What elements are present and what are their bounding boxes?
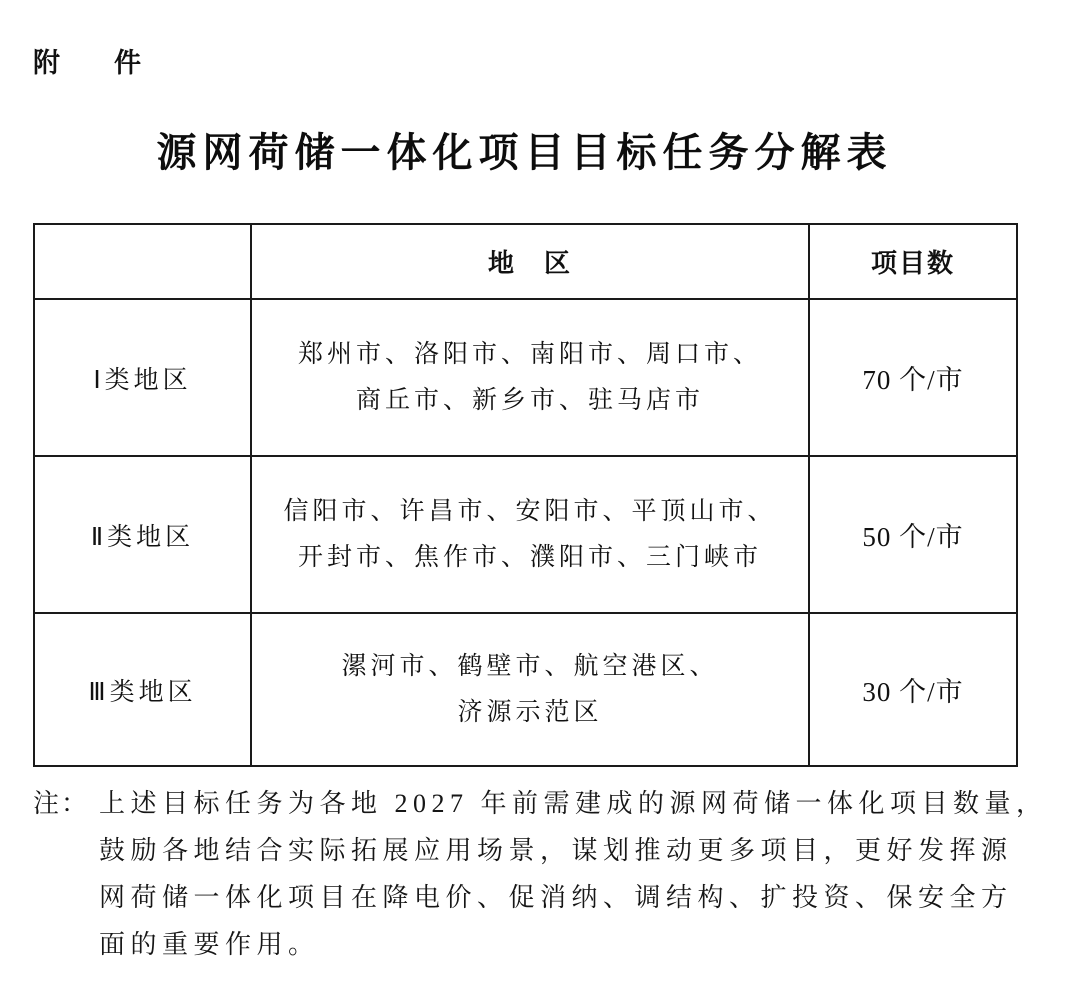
header-cell-project-count: 项目数 (809, 224, 1017, 299)
region-cell-class-1: 郑州市、洛阳市、南阳市、周口市、 商丘市、新乡市、驻马店市 (251, 299, 809, 456)
footnote-line: 面的重要作用。 (99, 921, 1048, 968)
footnote-line: 鼓励各地结合实际拓展应用场景，谋划推动更多项目，更好发挥源 (99, 827, 1048, 874)
region-line: 信阳市、许昌市、安阳市、平顶山市、 (252, 489, 808, 535)
document-content: 附 件 源网荷储一体化项目目标任务分解表 地 区 项目数 Ⅰ类地区 郑州市、洛阳… (33, 46, 1016, 968)
region-cell-class-2: 信阳市、许昌市、安阳市、平顶山市、 开封市、焦作市、濮阳市、三门峡市 (251, 456, 809, 613)
header-cell-region: 地 区 (251, 224, 809, 299)
footnote-lines: 上述目标任务为各地 2027 年前需建成的源网荷储一体化项目数量， 鼓励各地结合… (99, 780, 1048, 968)
page-title: 源网荷储一体化项目目标任务分解表 (33, 129, 1016, 177)
header-cell-category (34, 224, 251, 299)
region-line: 商丘市、新乡市、驻马店市 (252, 378, 808, 424)
category-cell-class-2: Ⅱ类地区 (34, 456, 251, 613)
footnote-line: 上述目标任务为各地 2027 年前需建成的源网荷储一体化项目数量， (99, 780, 1048, 827)
target-task-table: 地 区 项目数 Ⅰ类地区 郑州市、洛阳市、南阳市、周口市、 商丘市、新乡市、驻马… (33, 223, 1018, 767)
footnote-line: 网荷储一体化项目在降电价、促消纳、调结构、扩投资、保安全方 (99, 874, 1048, 921)
quota-cell-class-1: 70 个/市 (809, 299, 1017, 456)
region-cell-class-3: 漯河市、鹤壁市、航空港区、 济源示范区 (251, 613, 809, 766)
table-header-row: 地 区 项目数 (34, 224, 1017, 299)
footnote: 注： 上述目标任务为各地 2027 年前需建成的源网荷储一体化项目数量， 鼓励各… (33, 780, 1016, 968)
region-line: 郑州市、洛阳市、南阳市、周口市、 (252, 332, 808, 378)
attachment-label: 附 件 (33, 46, 1016, 80)
quota-cell-class-3: 30 个/市 (809, 613, 1017, 766)
quota-cell-class-2: 50 个/市 (809, 456, 1017, 613)
table-row-class-2: Ⅱ类地区 信阳市、许昌市、安阳市、平顶山市、 开封市、焦作市、濮阳市、三门峡市 … (34, 456, 1017, 613)
category-cell-class-1: Ⅰ类地区 (34, 299, 251, 456)
region-line: 济源示范区 (252, 690, 808, 736)
document-page: 附 件 源网荷储一体化项目目标任务分解表 地 区 项目数 Ⅰ类地区 郑州市、洛阳… (0, 0, 1069, 989)
table-row-class-3: Ⅲ类地区 漯河市、鹤壁市、航空港区、 济源示范区 30 个/市 (34, 613, 1017, 766)
footnote-label: 注： (33, 780, 99, 827)
region-line: 漯河市、鹤壁市、航空港区、 (252, 644, 808, 690)
region-line: 开封市、焦作市、濮阳市、三门峡市 (252, 535, 808, 581)
table-row-class-1: Ⅰ类地区 郑州市、洛阳市、南阳市、周口市、 商丘市、新乡市、驻马店市 70 个/… (34, 299, 1017, 456)
category-cell-class-3: Ⅲ类地区 (34, 613, 251, 766)
